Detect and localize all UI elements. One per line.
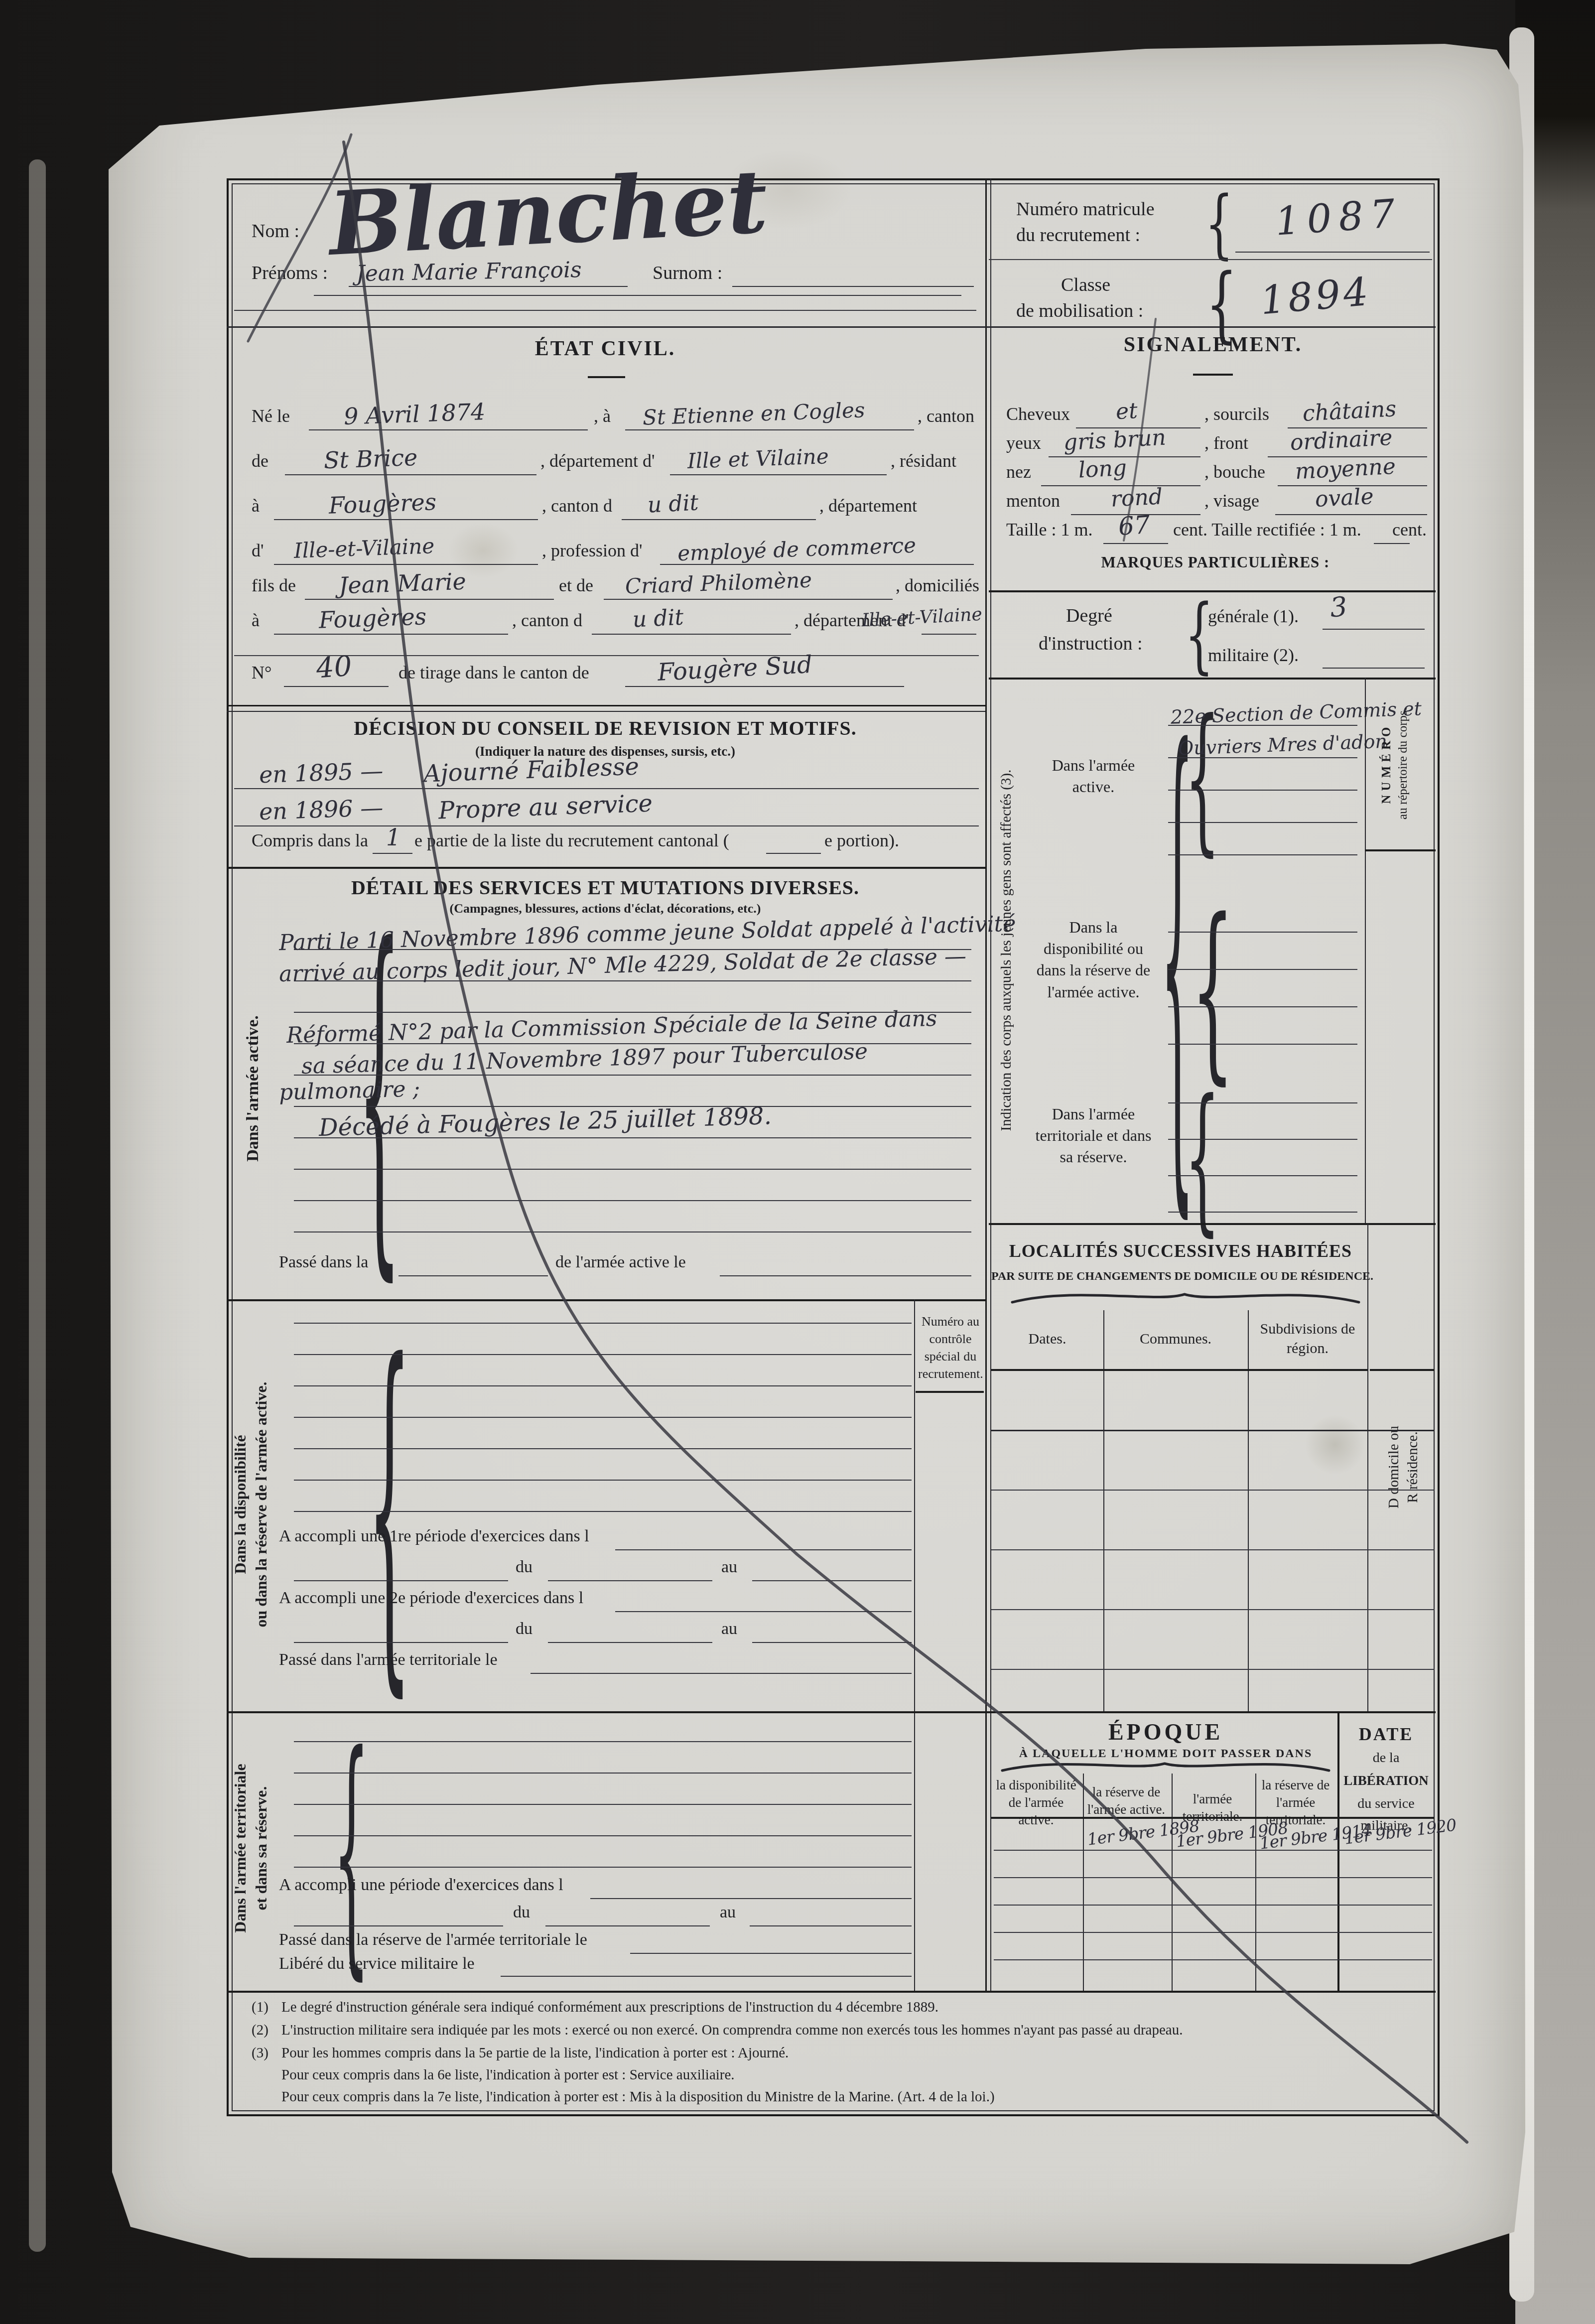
pen-cross-out-strokes: [0, 0, 1595, 2324]
scanned-military-register-page: Nom : Blanchet Prénoms : Jean Marie Fran…: [0, 0, 1595, 2324]
